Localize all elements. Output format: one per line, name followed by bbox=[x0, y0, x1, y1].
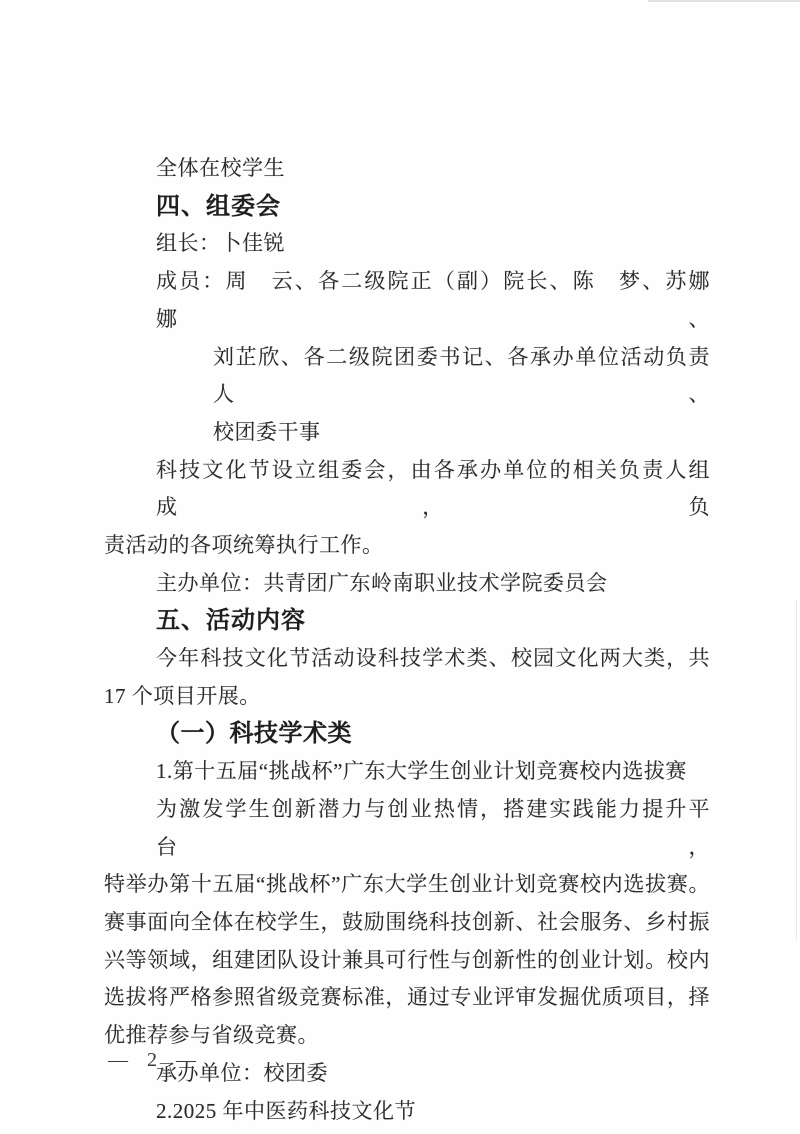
item1-desc-line-2: 特举办第十五届“挑战杯”广东大学生创业计划竞赛校内选拔赛。 bbox=[104, 866, 710, 904]
item2-title-line: 2.2025 年中医药科技文化节 bbox=[104, 1093, 710, 1131]
heading-activity-content: 五、活动内容 bbox=[104, 602, 710, 640]
subheading-tech-academic: （一）科技学术类 bbox=[104, 716, 710, 754]
committee-desc-line-1: 科技文化节设立组委会，由各承办单位的相关负责人组成，负 bbox=[104, 452, 710, 527]
item1-desc-line-1: 为激发学生创新潜力与创业热情，搭建实践能力提升平台， bbox=[104, 791, 710, 866]
members-line-2: 刘芷欣、各二级院团委书记、各承办单位活动负责人、 bbox=[104, 339, 710, 414]
members-line-3: 校团委干事 bbox=[104, 414, 710, 452]
audience-line: 全体在校学生 bbox=[104, 150, 710, 188]
heading-organizing-committee: 四、组委会 bbox=[104, 188, 710, 226]
item1-desc-line-3: 赛事面向全体在校学生，鼓励围绕科技创新、社会服务、乡村振 bbox=[104, 904, 710, 942]
item1-desc-line-5: 选拔将严格参照省级竞赛标准，通过专业评审发掘优质项目，择 bbox=[104, 979, 710, 1017]
scan-artifact-right-edge bbox=[796, 600, 797, 940]
scanned-document-page: 全体在校学生 四、组委会 组长：卜佳锐 成员：周 云、各二级院正（副）院长、陈 … bbox=[0, 0, 800, 1134]
activity-intro-line-2: 17 个项目开展。 bbox=[104, 678, 710, 716]
group-leader-line: 组长：卜佳锐 bbox=[104, 225, 710, 263]
item1-desc-line-4: 兴等领域，组建团队设计兼具可行性与创新性的创业计划。校内 bbox=[104, 942, 710, 980]
members-line-1: 成员：周 云、各二级院正（副）院长、陈 梦、苏娜娜、 bbox=[104, 263, 710, 338]
document-body: 全体在校学生 四、组委会 组长：卜佳锐 成员：周 云、各二级院正（副）院长、陈 … bbox=[104, 150, 710, 1130]
activity-intro-line-1: 今年科技文化节活动设科技学术类、校园文化两大类，共 bbox=[104, 640, 710, 678]
host-unit-line: 主办单位：共青团广东岭南职业技术学院委员会 bbox=[104, 565, 710, 603]
item1-title-line: 1.第十五届“挑战杯”广东大学生创业计划竞赛校内选拔赛 bbox=[104, 753, 710, 791]
scan-artifact-top-edge bbox=[648, 0, 800, 2]
committee-desc-line-2: 责活动的各项统筹执行工作。 bbox=[104, 527, 710, 565]
page-number: — 2 — bbox=[108, 1046, 203, 1074]
